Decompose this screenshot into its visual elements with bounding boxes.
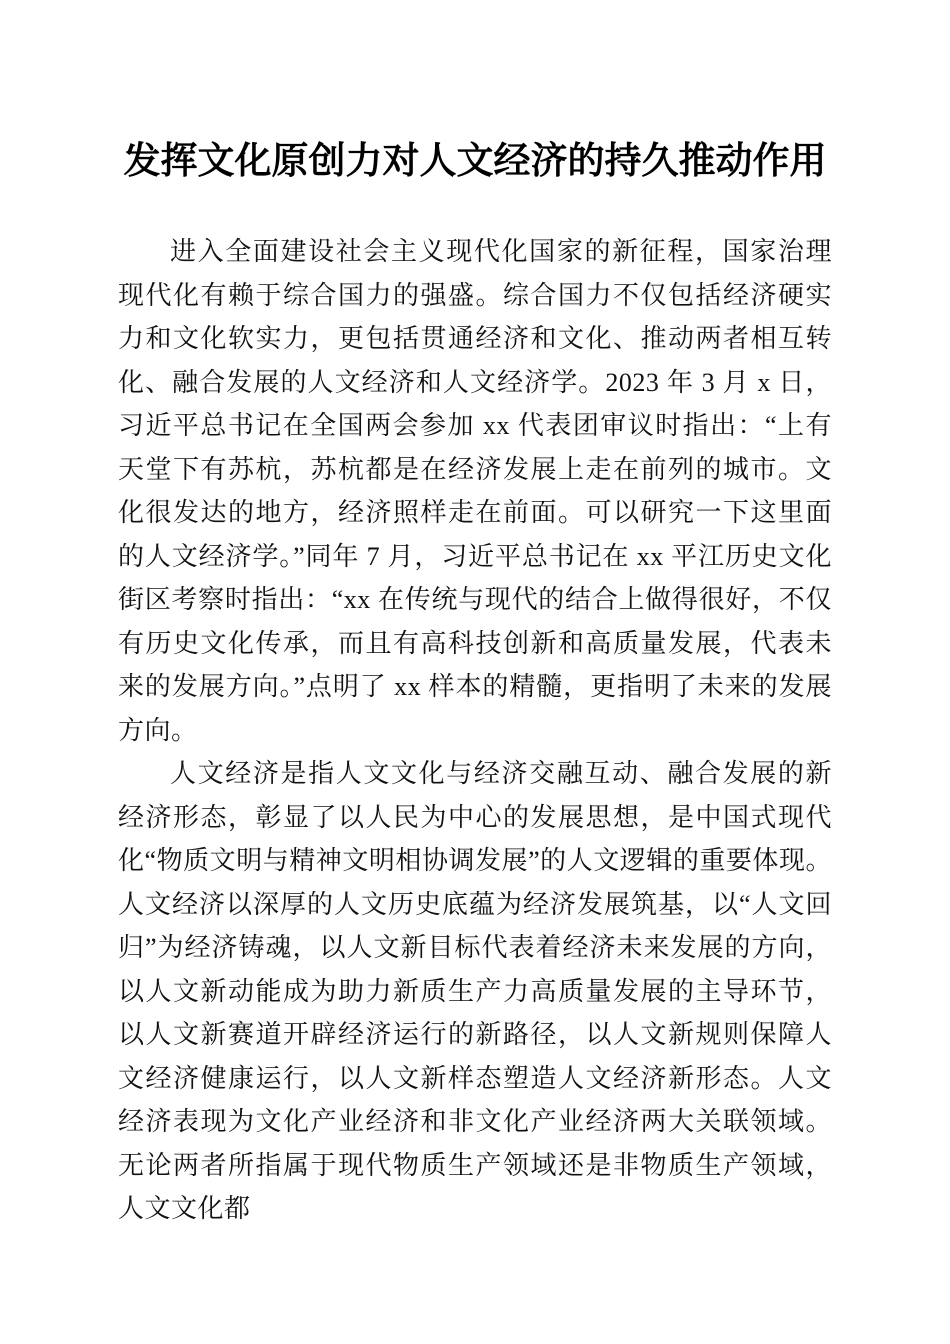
document-title: 发挥文化原创力对人文经济的持久推动作用 bbox=[118, 138, 832, 186]
paragraph-1: 进入全面建设社会主义现代化国家的新征程，国家治理现代化有赖于综合国力的强盛。综合… bbox=[118, 230, 832, 752]
document-body: 进入全面建设社会主义现代化国家的新征程，国家治理现代化有赖于综合国力的强盛。综合… bbox=[118, 230, 832, 1231]
paragraph-2: 人文经济是指人文文化与经济交融互动、融合发展的新经济形态，彰显了以人民为中心的发… bbox=[118, 752, 832, 1231]
document-page: 发挥文化原创力对人文经济的持久推动作用 进入全面建设社会主义现代化国家的新征程，… bbox=[0, 0, 950, 1344]
